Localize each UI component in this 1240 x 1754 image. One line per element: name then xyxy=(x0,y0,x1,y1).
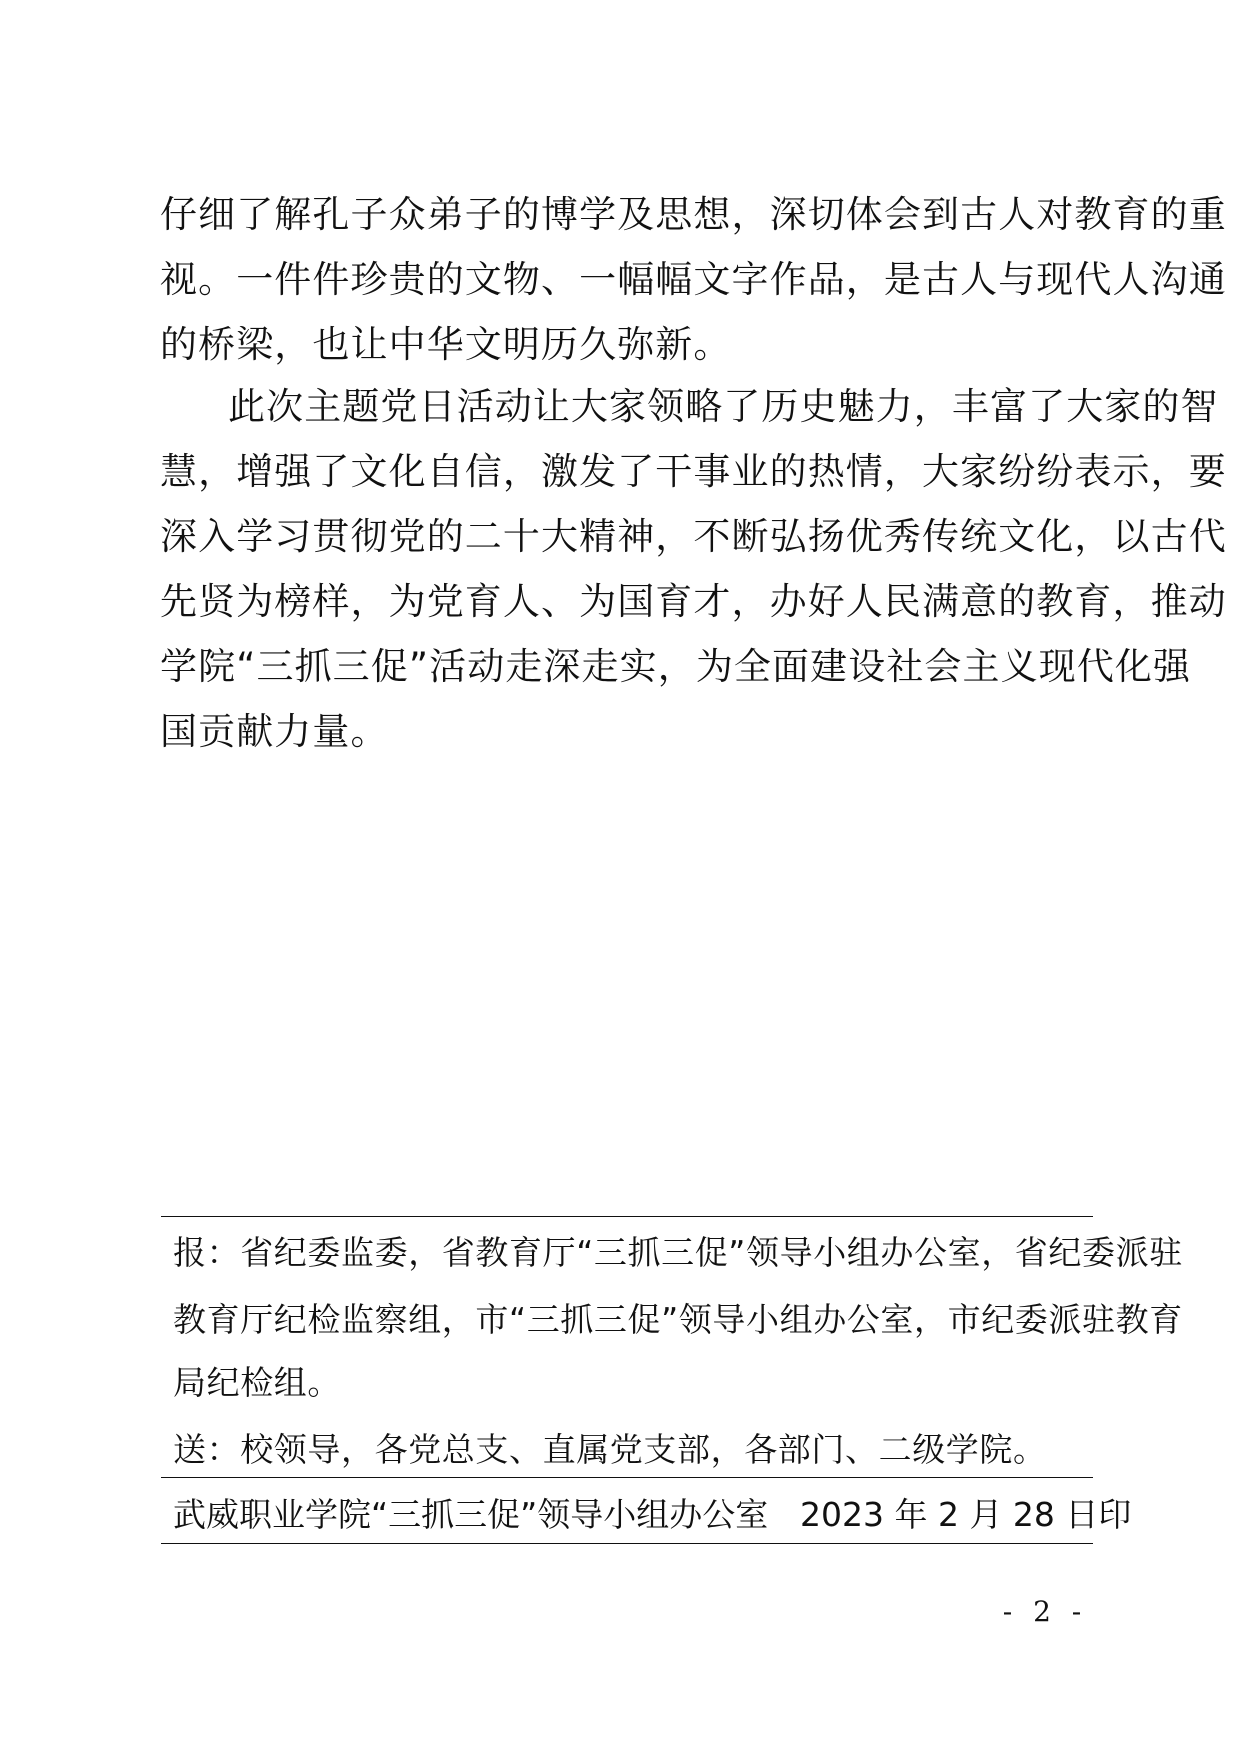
report-to-line: 局纪检组。 xyxy=(173,1358,1083,1408)
body-line: 视。一件件珍贵的文物、一幅幅文字作品，是古人与现代人沟通 xyxy=(160,252,1082,308)
report-to-line: 报：省纪委监委，省教育厅“三抓三促”领导小组办公室，省纪委派驻 xyxy=(173,1228,1083,1278)
body-line: 仔细了解孔子众弟子的博学及思想，深切体会到古人对教育的重 xyxy=(160,187,1082,243)
body-line: 此次主题党日活动让大家领略了历史魅力，丰富了大家的智 xyxy=(228,379,1082,435)
body-line: 先贤为榜样，为党育人、为国育才，办好人民满意的教育，推动 xyxy=(160,574,1082,630)
document-page: 仔细了解孔子众弟子的博学及思想，深切体会到古人对教育的重 视。一件件珍贵的文物、… xyxy=(0,0,1240,1754)
report-to-line: 教育厅纪检监察组，市“三抓三促”领导小组办公室，市纪委派驻教育 xyxy=(173,1295,1083,1345)
page-number: - 2 - xyxy=(1000,1592,1090,1632)
send-to-line: 送：校领导，各党总支、直属党支部，各部门、二级学院。 xyxy=(173,1425,1083,1475)
body-line: 慧，增强了文化自信，激发了干事业的热情，大家纷纷表示，要 xyxy=(160,444,1082,500)
issuer-name: 武威职业学院“三抓三促”领导小组办公室 xyxy=(173,1490,768,1540)
body-line: 国贡献力量。 xyxy=(160,704,1082,760)
body-line: 深入学习贯彻党的二十大精神，不断弘扬优秀传统文化，以古代 xyxy=(160,509,1082,565)
print-date: 2023 年 2 月 28 日印 xyxy=(800,1490,1080,1540)
body-line: 的桥梁，也让中华文明历久弥新。 xyxy=(160,317,1082,373)
body-line: 学院“三抓三促”活动走深走实，为全面建设社会主义现代化强 xyxy=(160,639,1082,695)
footer-top-rule xyxy=(161,1216,1093,1217)
footer-middle-rule xyxy=(161,1477,1093,1478)
footer-bottom-rule xyxy=(161,1543,1093,1544)
